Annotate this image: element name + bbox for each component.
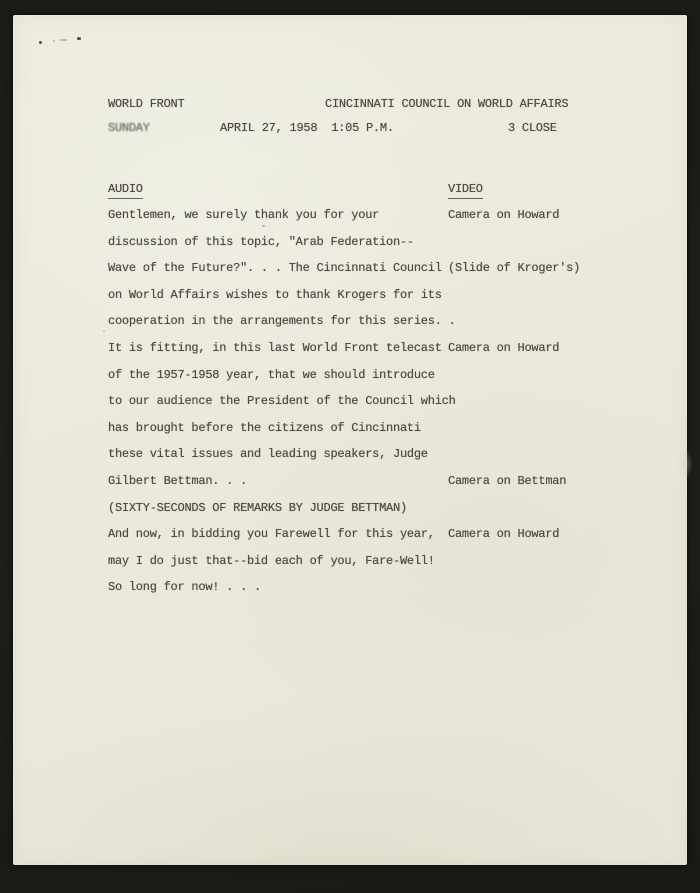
scan-border-smudge <box>675 438 697 490</box>
audio-line: (SIXTY-SECONDS OF REMARKS BY JUDGE BETTM… <box>108 501 407 515</box>
script-row: these vital issues and leading speakers,… <box>108 447 680 474</box>
show-title: WORLD FRONT <box>108 97 184 111</box>
audio-line: may I do just that--bid each of you, Far… <box>108 554 435 568</box>
pen-mark-dot <box>39 41 42 44</box>
video-cue: Camera on Howard <box>448 341 559 355</box>
script-body: Gentlemen, we surely thank you for your … <box>108 208 680 607</box>
video-cue: (Slide of Kroger's) <box>448 261 580 275</box>
audio-line: And now, in bidding you Farewell for thi… <box>108 527 435 541</box>
scanned-document-page: { "colors": { "scan_background": "#1c1c1… <box>0 0 700 893</box>
script-row: Gilbert Bettman. . . Camera on Bettman <box>108 474 680 501</box>
audio-line: to our audience the President of the Cou… <box>108 394 456 408</box>
broadcast-day: SUNDAY <box>108 121 150 135</box>
audio-line: these vital issues and leading speakers,… <box>108 447 428 461</box>
video-cue: Camera on Howard <box>448 527 559 541</box>
script-row: So long for now! . . . <box>108 580 680 607</box>
pen-mark-dash <box>60 39 67 41</box>
audio-line: Gilbert Bettman. . . <box>108 474 247 488</box>
audio-column-header: AUDIO <box>108 182 143 199</box>
script-row: Wave of the Future?". . . The Cincinnati… <box>108 261 680 288</box>
audio-line: discussion of this topic, "Arab Federati… <box>108 235 414 249</box>
pen-mark-dot <box>77 37 81 40</box>
organization-title: CINCINNATI COUNCIL ON WORLD AFFAIRS <box>325 97 568 111</box>
audio-line: cooperation in the arrangements for this… <box>108 314 456 328</box>
video-column-header: VIDEO <box>448 182 483 199</box>
script-row: It is fitting, in this last World Front … <box>108 341 680 368</box>
script-row: may I do just that--bid each of you, Far… <box>108 554 680 581</box>
document-scan-paper: WORLD FRONT CINCINNATI COUNCIL ON WORLD … <box>13 15 687 865</box>
scan-speck <box>103 330 105 332</box>
script-row: (SIXTY-SECONDS OF REMARKS BY JUDGE BETTM… <box>108 501 680 528</box>
audio-line: So long for now! . . . <box>108 580 261 594</box>
script-row: Gentlemen, we surely thank you for your … <box>108 208 680 235</box>
script-row: discussion of this topic, "Arab Federati… <box>108 235 680 262</box>
pen-mark-dot <box>53 40 55 42</box>
script-row: to our audience the President of the Cou… <box>108 394 680 421</box>
script-row: of the 1957-1958 year, that we should in… <box>108 368 680 395</box>
audio-line: It is fitting, in this last World Front … <box>108 341 442 355</box>
audio-line: of the 1957-1958 year, that we should in… <box>108 368 435 382</box>
script-row: on World Affairs wishes to thank Krogers… <box>108 288 680 315</box>
audio-line: Gentlemen, we surely thank you for your <box>108 208 379 222</box>
page-label: 3 CLOSE <box>508 121 557 135</box>
script-row: has brought before the citizens of Cinci… <box>108 421 680 448</box>
video-cue: Camera on Bettman <box>448 474 566 488</box>
script-row: And now, in bidding you Farewell for thi… <box>108 527 680 554</box>
audio-line: Wave of the Future?". . . The Cincinnati… <box>108 261 442 275</box>
broadcast-date-time: APRIL 27, 1958 1:05 P.M. <box>220 121 394 135</box>
video-cue: Camera on Howard <box>448 208 559 222</box>
audio-line: has brought before the citizens of Cinci… <box>108 421 421 435</box>
script-row: cooperation in the arrangements for this… <box>108 314 680 341</box>
audio-line: on World Affairs wishes to thank Krogers… <box>108 288 442 302</box>
